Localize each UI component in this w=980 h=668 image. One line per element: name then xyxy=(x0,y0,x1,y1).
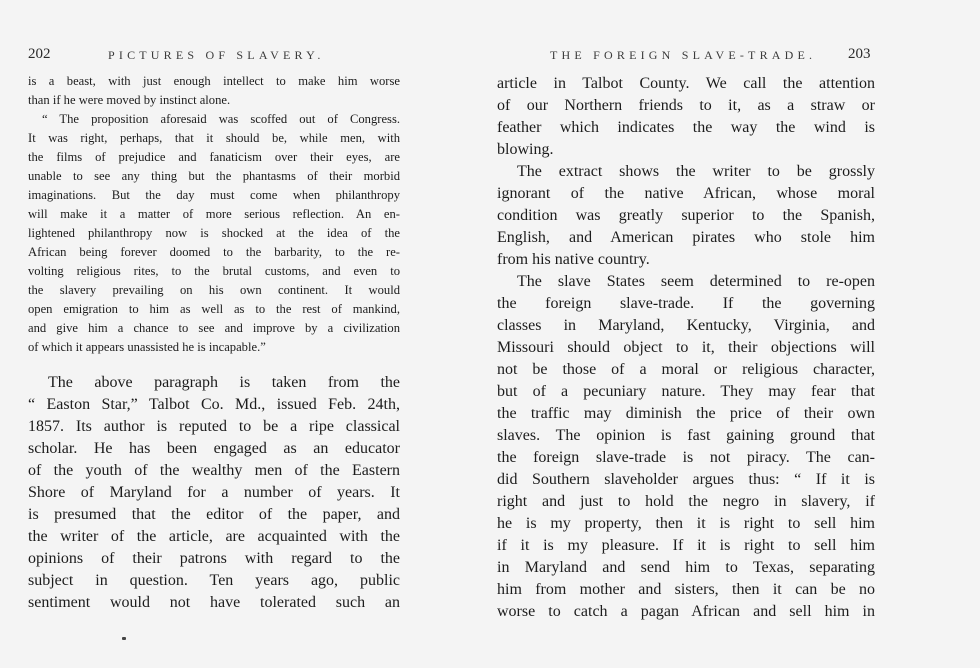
body-line: not be those of a moral or religious cha… xyxy=(497,359,875,381)
body-line: worse to catch a pagan African and sell … xyxy=(497,601,875,623)
running-head: PICTURES OF SLAVERY. xyxy=(108,48,325,63)
quote-line: and give him a chance to see and improve… xyxy=(28,319,400,338)
quote-line: the slavery prevailing on his own contin… xyxy=(28,281,400,300)
body-line: the traffic may diminish the price of th… xyxy=(497,403,875,425)
quote-line: unable to see any thing but the phantasm… xyxy=(28,167,400,186)
body-line: “ Easton Star,” Talbot Co. Md., issued F… xyxy=(28,394,400,416)
body-line: did Southern slaveholder argues thus: “ … xyxy=(497,469,875,491)
page-number: 202 xyxy=(28,46,51,63)
body-line: The extract shows the writer to be gross… xyxy=(517,161,875,183)
body-line: Shore of Maryland for a number of years.… xyxy=(28,482,400,504)
body-line: subject in question. Ten years ago, publ… xyxy=(28,570,400,592)
body-line: the writer of the article, are acquainte… xyxy=(28,526,400,548)
body-line: The above paragraph is taken from the xyxy=(48,372,400,394)
quote-line: than if he were moved by instinct alone. xyxy=(28,91,400,110)
body-line: but of a pecuniary nature. They may fear… xyxy=(497,381,875,403)
quote-line: will make it a matter of more serious re… xyxy=(28,205,400,224)
body-line: the foreign slave-trade is not piracy. T… xyxy=(497,447,875,469)
body-line: him from mother and sisters, then it can… xyxy=(497,579,875,601)
body-line: Missouri should object to it, their obje… xyxy=(497,337,875,359)
body-line: of our Northern friends to it, as a stra… xyxy=(497,95,875,117)
quote-line: African being forever doomed to the barb… xyxy=(28,243,400,262)
body-line: article in Talbot County. We call the at… xyxy=(497,73,875,95)
body-line: scholar. He has been engaged as an educa… xyxy=(28,438,400,460)
quote-line: imaginations. But the day must come when… xyxy=(28,186,400,205)
quote-line: It was right, perhaps, that it should be… xyxy=(28,129,400,148)
body-line: The slave States seem determined to re-o… xyxy=(517,271,875,293)
body-line: if it is my pleasure. If it is right to … xyxy=(497,535,875,557)
body-line: the foreign slave-trade. If the governin… xyxy=(497,293,875,315)
body-line: is presumed that the editor of the paper… xyxy=(28,504,400,526)
body-line: 1857. Its author is reputed to be a ripe… xyxy=(28,416,400,438)
body-line: English, and American pirates who stole … xyxy=(497,227,875,249)
quote-line: the films of prejudice and fanaticism ov… xyxy=(28,148,400,167)
quote-line: of which it appears unassisted he is inc… xyxy=(28,338,400,357)
body-line: ignorant of the native African, whose mo… xyxy=(497,183,875,205)
body-line: opinions of their patrons with regard to… xyxy=(28,548,400,570)
body-line: of the youth of the wealthy men of the E… xyxy=(28,460,400,482)
scan-speck xyxy=(122,637,126,640)
body-line: from his native country. xyxy=(497,249,875,271)
body-line: classes in Maryland, Kentucky, Virginia,… xyxy=(497,315,875,337)
body-line: blowing. xyxy=(497,139,875,161)
body-line: sentiment would not have tolerated such … xyxy=(28,592,400,614)
body-line: slaves. The opinion is fast gaining grou… xyxy=(497,425,875,447)
quote-line: volting religious rites, to the brutal c… xyxy=(28,262,400,281)
quote-line: open emigration to him as well as to the… xyxy=(28,300,400,319)
quote-line: “ The proposition aforesaid was scoffed … xyxy=(42,110,400,129)
body-line: he is my property, then it is right to s… xyxy=(497,513,875,535)
body-line: in Maryland and send him to Texas, separ… xyxy=(497,557,875,579)
running-head: THE FOREIGN SLAVE-TRADE. xyxy=(550,48,816,63)
body-line: condition was greatly superior to the Sp… xyxy=(497,205,875,227)
body-line: right and just to hold the negro in slav… xyxy=(497,491,875,513)
page-number: 203 xyxy=(848,46,871,63)
body-line: feather which indicates the way the wind… xyxy=(497,117,875,139)
quote-line: lightened philanthropy now is shocked at… xyxy=(28,224,400,243)
quote-line: is a beast, with just enough intellect t… xyxy=(28,72,400,91)
